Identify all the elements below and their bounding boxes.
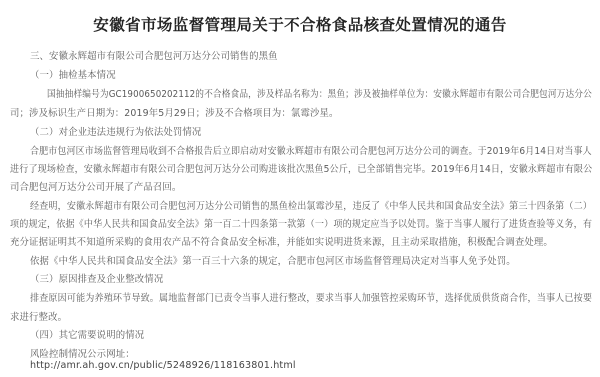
paragraph-line: 国抽抽样编号为GC19006502021​12的不合格食品，涉及样品名称为：黑鱼… [47,86,592,100]
risk-control-url-link[interactable]: http://amr.ah.gov.cn/public/5248926/1181… [30,360,296,371]
notice-title: 安徽省市场监督管理局关于不合格食品核查处置情况的通告 [0,13,600,35]
paragraph-line: 经查明，安徽永辉超市有限公司合肥包河万达分公司销售的黑鱼检出氯霉沙星，违反了《中… [30,198,592,212]
paragraph-line: 司；涉及标识生产日期为：2019年5月29日；涉及不合格项目为：氯霉沙星。 [10,105,339,119]
subheading-rectification: （三）原因排查及企业整改情况 [30,271,163,285]
subheading-other: （四）其它需要说明的情况 [30,327,144,341]
paragraph-line: 求进行整改。 [10,309,67,323]
subheading-penalty: （二）对企业违法违规行为依法处罚情况 [30,124,201,138]
paragraph-line: 司合肥包河万达分公司开展了产品召回。 [10,179,181,193]
paragraph-line: 排查原因可能为养殖环节导致。属地监督部门已责令当事人进行整改，要求当事人加强管控… [30,290,592,304]
url-label: 风险控制情况公示网址： [30,346,135,360]
paragraph-line: 进行了现场检查，安徽永辉超市有限公司合肥包河万达分公司购进该批次黑鱼5公斤，已全… [10,161,592,175]
subheading-sampling: （一）抽检基本情况 [30,67,116,81]
paragraph-line: 合肥市包河区市场监督管理局收到不合格报告后立即启动对安徽永辉超市有限公司合肥包河… [30,143,592,157]
paragraph-line: 项的规定，依据《中华人民共和国食品安全法》第一百二十四条第一款第（一）项的规定应… [10,216,592,230]
paragraph-line: 充分证据证明其不知道所采购的食用农产品不符合食品安全标准，并能如实说明进货来源，… [10,234,553,248]
paragraph-line: 依据《中华人民共和国食品安全法》第一百三十六条的规定，合肥市包河区市场监督管理局… [30,253,516,267]
section-heading-3: 三、安徽永辉超市有限公司合肥包河万达分公司销售的黑鱼 [30,48,278,62]
